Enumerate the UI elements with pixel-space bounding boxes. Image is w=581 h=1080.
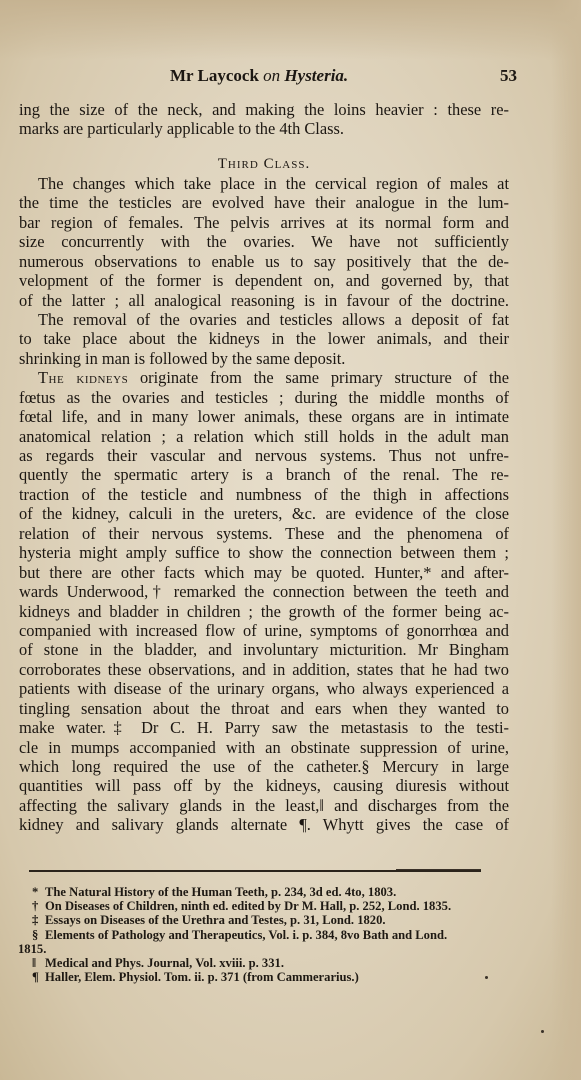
text-line: marks are particularly applicable to the…: [19, 119, 509, 138]
body-text: ing the size of the neck, and making the…: [19, 100, 509, 835]
paragraph-3: The kidneys originate from the same prim…: [19, 368, 509, 835]
paragraph-1: The changes which take place in the cerv…: [19, 174, 509, 310]
text-line: relation of their nervous systems. These…: [19, 524, 509, 543]
page-number: 53: [500, 66, 517, 86]
footnote-4: §Elements of Pathology and Therapeutics,…: [18, 928, 508, 942]
footnote-4-continuation: 1815.: [18, 942, 508, 956]
footnote-text: Essays on Diseases of the Urethra and Te…: [45, 913, 386, 927]
paper-speck: [485, 976, 488, 979]
footnote-6: ¶Haller, Elem. Physiol. Tom. ii. p. 371 …: [18, 970, 508, 984]
text-line: shrinking in man is followed by the same…: [19, 349, 509, 368]
text-line: patients with disease of the urinary org…: [19, 679, 509, 698]
text-line: The kidneys originate from the same prim…: [19, 368, 509, 387]
footnote-rule: [29, 870, 481, 872]
footnote-text: 1815.: [18, 942, 46, 956]
running-subject: Hysteria.: [284, 66, 348, 85]
footnote-text: Medical and Phys. Journal, Vol. xviii. p…: [45, 956, 284, 970]
book-page: Mr Laycock on Hysteria. 53 ing the size …: [0, 0, 581, 1080]
text-line: anatomical relation ; a relation which s…: [19, 427, 509, 446]
footnote-2: †On Diseases of Children, ninth ed. edit…: [18, 899, 508, 913]
text-line: the time the testicles are evolved have …: [19, 193, 509, 212]
footnote-mark: ¶: [32, 970, 45, 984]
text-line: cle in mumps accompanied with an obstina…: [19, 738, 509, 757]
text-span: originate from the same primary structur…: [128, 368, 509, 387]
text-line: fœtal life, and in many lower animals, t…: [19, 407, 509, 426]
text-line: fœtus as the ovaries and testicles ; dur…: [19, 388, 509, 407]
footnote-mark: ‡: [32, 913, 45, 927]
footnote-mark: *: [32, 885, 45, 899]
text-line: make water.‡ Dr C. H. Parry saw the meta…: [19, 718, 509, 737]
text-line: The removal of the ovaries and testicles…: [19, 310, 509, 329]
footnote-text: Elements of Pathology and Therapeutics, …: [45, 928, 447, 942]
text-line: which long required the use of the cathe…: [19, 757, 509, 776]
text-line: traction of the testicle and numbness of…: [19, 485, 509, 504]
text-line: velopment of the former is dependent on,…: [19, 271, 509, 290]
text-line: numerous observations to enable us to sa…: [19, 252, 509, 271]
running-head: Mr Laycock on Hysteria. 53: [20, 66, 517, 90]
footnote-text: The Natural History of the Human Teeth, …: [45, 885, 396, 899]
text-line: to take place about the kidneys in the l…: [19, 329, 509, 348]
footnote-rule-segment: [396, 869, 481, 870]
text-line: tingling sensation about the throat and …: [19, 699, 509, 718]
footnotes: *The Natural History of the Human Teeth,…: [18, 885, 508, 984]
text-line: The changes which take place in the cerv…: [19, 174, 509, 193]
text-line: hysteria might amply suffice to show the…: [19, 543, 509, 562]
text-line: affecting the salivary glands in the lea…: [19, 796, 509, 815]
text-line: quantities will pass off by the kidneys,…: [19, 776, 509, 795]
text-line: but there are other facts which may be q…: [19, 563, 509, 582]
footnote-mark: ‖: [32, 956, 45, 970]
text-line: of stone in the bladder, and involuntary…: [19, 640, 509, 659]
running-author: Mr Laycock: [170, 66, 259, 85]
paper-speck: [541, 1030, 544, 1033]
text-line: bar region of females. The pelvis arrive…: [19, 213, 509, 232]
running-on: on: [263, 66, 280, 85]
text-line: quently the spermatic artery is a branch…: [19, 465, 509, 484]
footnote-text: On Diseases of Children, ninth ed. edite…: [45, 899, 451, 913]
text-line: wards Underwood,† remarked the connectio…: [19, 582, 509, 601]
section-heading: Third Class.: [19, 155, 509, 174]
text-line: companied with increased flow of urine, …: [19, 621, 509, 640]
kidneys-lead: The kidneys: [38, 368, 128, 387]
text-line: of the latter ; all analogical reasoning…: [19, 291, 509, 310]
text-line: of the kidney, calculi in the ureters, &…: [19, 504, 509, 523]
footnote-1: *The Natural History of the Human Teeth,…: [18, 885, 508, 899]
footnote-mark: §: [32, 928, 45, 942]
text-line: kidneys and bladder in children ; the gr…: [19, 602, 509, 621]
footnote-text: Haller, Elem. Physiol. Tom. ii. p. 371 (…: [45, 970, 359, 984]
text-line: ing the size of the neck, and making the…: [19, 100, 509, 119]
text-line: corroborates these observations, and in …: [19, 660, 509, 679]
footnote-3: ‡Essays on Diseases of the Urethra and T…: [18, 913, 508, 927]
text-line: kidney and salivary glands alternate ¶. …: [19, 815, 509, 834]
text-line: size concurrently with the ovaries. We h…: [19, 232, 509, 251]
footnote-mark: †: [32, 899, 45, 913]
paragraph-2: The removal of the ovaries and testicles…: [19, 310, 509, 368]
footnote-5: ‖Medical and Phys. Journal, Vol. xviii. …: [18, 956, 508, 970]
running-title: Mr Laycock on Hysteria.: [170, 66, 348, 86]
text-line: as regards their vascular and nervous sy…: [19, 446, 509, 465]
